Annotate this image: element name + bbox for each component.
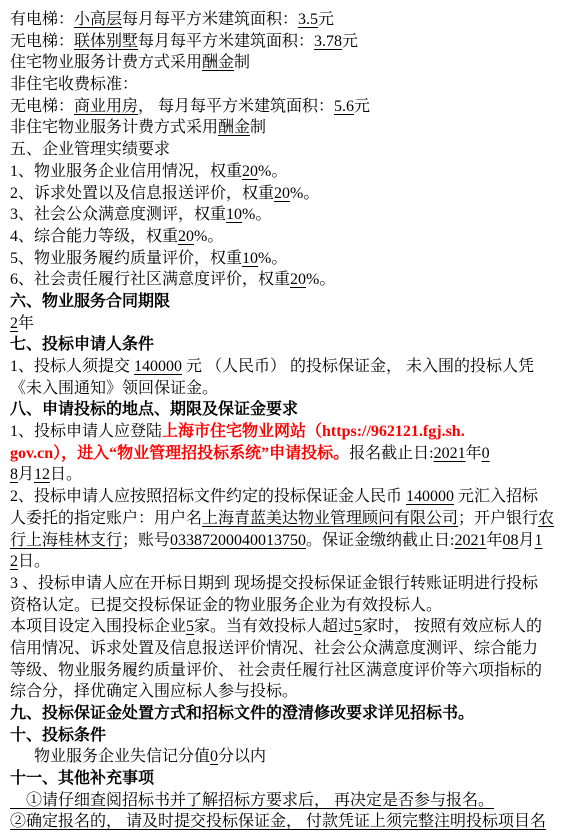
text-run: 非住宅收费标准： <box>10 76 138 93</box>
text-run: 1 <box>535 532 543 549</box>
text-run: 2 <box>10 553 18 570</box>
text-run: 家时， 按照有效应标人的 <box>362 618 542 635</box>
shortlist-count-value: 5 <box>354 618 362 635</box>
text-run: 3、社会公众满意度测评，权重 <box>10 206 226 223</box>
text-run: 0 <box>482 445 490 462</box>
section-5-heading: 五、企业管理实绩要求 <box>10 139 563 161</box>
text-run: 月 <box>18 466 34 483</box>
contract-term-line: 2年 <box>10 313 563 335</box>
text-run: ；账号 <box>122 532 170 549</box>
text-run: 报名截止日: <box>349 445 433 462</box>
account-number-value: 03387200040013750 <box>170 532 306 549</box>
text-run: ②确定报名的， 请及时提交投标保证金， 付款凭证上须完整注明投标项目名 <box>10 813 546 830</box>
weight-value: 20 <box>242 163 258 180</box>
fee-amount-value: 3.5 <box>298 11 318 28</box>
section-8-heading: 八、申请投标的地点、期限及保证金要求 <box>10 399 563 421</box>
text-run: 3 、投标申请人应在开标日期到 现场提交投标保证金银行转账证明进行投标 <box>10 575 538 592</box>
website-url-text: gov.cn），进入“物业管理招投标系统”申请投标。 <box>10 445 349 462</box>
text-run: 年 <box>486 532 502 549</box>
fee-line-residential-no-elevator: 无电梯：联体别墅每月每平方米建筑面积：3.78元 <box>10 31 563 53</box>
text-run: 信用情况、诉求处置及信息报送评价情况、社会公众满意度测评、综合能力 <box>10 640 538 657</box>
text-run: 五、企业管理实绩要求 <box>10 141 170 158</box>
text-run: 综合分，择优确定入围应标人参与投标。 <box>10 683 298 700</box>
signup-deadline-month: 8 <box>10 466 18 483</box>
contract-term-value: 2 <box>10 315 18 332</box>
payment-deadline-month: 08 <box>503 532 519 549</box>
signup-deadline-day: 12 <box>34 466 50 483</box>
text-run: 分以内 <box>218 748 266 765</box>
text-run: 1、投标人须提交 <box>10 358 134 375</box>
signup-deadline-year: 2021 <box>434 445 466 462</box>
deposit-amount-value: 140000 <box>134 358 182 375</box>
text-run: 。保证金缴纳截止日: <box>306 532 454 549</box>
text-run: %。 <box>194 228 223 245</box>
text-run: 有电梯： <box>10 11 74 28</box>
non-residential-fee-method-line: 非住宅物业服务计费方式采用酬金制 <box>10 117 563 139</box>
onsite-proof-line-1: 3 、投标申请人应在开标日期到 现场提交投标保证金银行转账证明进行投标 <box>10 573 563 595</box>
fee-method-value: 酬金 <box>218 119 250 136</box>
deposit-transfer-line-1: 2、投标申请人应按照招标文件约定的投标保证金人民币 140000 元汇入招标 <box>10 486 563 508</box>
section-6-heading: 六、物业服务合同期限 <box>10 291 563 313</box>
text-run: 每月每平方米建筑面积： <box>138 33 314 50</box>
section-11-heading: 十一、其他补充事项 <box>10 768 563 790</box>
text-run: ①请仔细查阅招标书并了解招标方要求后， 再决定是否参与报名。 <box>10 792 494 809</box>
criteria-item-6: 6、社会责任履行社区满意度评价，权重20%。 <box>10 269 563 291</box>
text-run: 家。当有效投标人超过 <box>194 618 354 635</box>
fee-line-residential-elevator: 有电梯：小高层每月每平方米建筑面积：3.5元 <box>10 9 563 31</box>
criteria-item-1: 1、物业服务企业信用情况，权重20%。 <box>10 161 563 183</box>
text-run: 元汇入招标 <box>454 488 538 505</box>
text-run: 无电梯： <box>10 33 74 50</box>
fee-amount-value: 5.6 <box>334 98 354 115</box>
text-run: 年 <box>466 445 482 462</box>
residential-fee-method-line: 住宅物业服务计费方式采用酬金制 <box>10 52 563 74</box>
text-run: ；开户银行 <box>458 510 538 527</box>
text-run: %。 <box>258 250 287 267</box>
apply-website-line-1: 1、投标申请人应登陆上海市住宅物业网站（https://962121.fgj.s… <box>10 421 563 443</box>
bid-deposit-line-2: 《未入围通知》领回保证金。 <box>10 378 563 400</box>
document-page: 有电梯：小高层每月每平方米建筑面积：3.5元无电梯：联体别墅每月每平方米建筑面积… <box>0 0 567 837</box>
text-run: 6、社会责任履行社区满意度评价，权重 <box>10 271 290 288</box>
text-run: 日。 <box>18 553 50 570</box>
shortlist-line-4: 综合分，择优确定入围应标人参与投标。 <box>10 681 563 703</box>
text-run: 非住宅物业服务计费方式采用 <box>10 119 218 136</box>
text-run: 1、投标申请人应登陆 <box>10 423 162 440</box>
section-9-heading: 九、投标保证金处置方式和招标文件的澄清修改要求详见招标书。 <box>10 703 563 725</box>
deposit-amount-value: 140000 <box>406 488 454 505</box>
fee-line-commercial: 无电梯：商业用房， 每月每平方米建筑面积：5.6元 <box>10 96 563 118</box>
text-run: 日。 <box>50 466 82 483</box>
text-run: 元 （人民币） 的投标保证金， 未入围的投标人凭 <box>182 358 534 375</box>
criteria-item-2: 2、诉求处置以及信息报送评价，权重20%。 <box>10 183 563 205</box>
housing-type-value: 小高层 <box>74 11 122 28</box>
supplement-note-1: ①请仔细查阅招标书并了解招标方要求后， 再决定是否参与报名。 <box>10 790 563 812</box>
criteria-item-4: 4、综合能力等级，权重20%。 <box>10 226 563 248</box>
housing-type-value: 联体别墅 <box>74 33 138 50</box>
text-run: 七、投标申请人条件 <box>10 336 154 353</box>
text-run: 制 <box>234 54 250 71</box>
bank-name-rest: 行上海桂林支行 <box>10 532 122 549</box>
text-run: 2、投标申请人应按照招标文件约定的投标保证金人民币 <box>10 488 406 505</box>
text-run: 住宅物业服务计费方式采用 <box>10 54 202 71</box>
text-run: 元 <box>318 11 334 28</box>
payment-deadline-year: 2021 <box>454 532 486 549</box>
shortlist-count-value: 5 <box>186 618 194 635</box>
criteria-item-3: 3、社会公众满意度测评，权重10%。 <box>10 204 563 226</box>
shortlist-line-3: 等级、物业服务履约质量评价、 社会责任履行社区满意度评价等六项指标的 <box>10 660 563 682</box>
fee-amount-value: 3.78 <box>314 33 342 50</box>
text-run: %。 <box>242 206 271 223</box>
text-run: 年 <box>18 315 34 332</box>
text-run: 八、申请投标的地点、期限及保证金要求 <box>10 401 298 418</box>
weight-value: 20 <box>178 228 194 245</box>
text-run: 4、综合能力等级，权重 <box>10 228 178 245</box>
text-run: 《未入围通知》领回保证金。 <box>10 380 218 397</box>
housing-type-value: 商业用房 <box>74 98 138 115</box>
deposit-transfer-line-2: 人委托的指定账户：用户名上海青蓝美达物业管理顾问有限公司；开户银行农 <box>10 508 563 530</box>
apply-website-line-2: gov.cn），进入“物业管理招投标系统”申请投标。报名截止日:2021年0 <box>10 443 563 465</box>
weight-value: 10 <box>242 250 258 267</box>
apply-website-line-3: 8月12日。 <box>10 464 563 486</box>
weight-value: 20 <box>274 185 290 202</box>
account-company-name: 上海青蓝美达物业管理顾问有限公司 <box>202 510 458 527</box>
text-run: %。 <box>306 271 335 288</box>
text-run: %。 <box>258 163 287 180</box>
onsite-proof-line-2: 资格认定。已提交投标保证金的物业服务企业为有效投标人。 <box>10 595 563 617</box>
text-run: 元 <box>342 33 358 50</box>
section-10-heading: 十、投标条件 <box>10 725 563 747</box>
text-run: 等级、物业服务履约质量评价、 社会责任履行社区满意度评价等六项指标的 <box>10 662 542 679</box>
website-url-text: 上海市住宅物业网站（https://962121.fgj.sh. <box>162 423 465 440</box>
text-run: 九、投标保证金处置方式和招标文件的澄清修改要求详见招标书。 <box>10 705 474 722</box>
supplement-note-2: ②确定报名的， 请及时提交投标保证金， 付款凭证上须完整注明投标项目名 <box>10 811 563 833</box>
text-run: 十、投标条件 <box>10 727 106 744</box>
text-run: 5、物业服务履约质量评价，权重 <box>10 250 242 267</box>
weight-value: 20 <box>290 271 306 288</box>
credit-score-requirement: 物业服务企业失信记分值0分以内 <box>10 746 563 768</box>
criteria-item-5: 5、物业服务履约质量评价，权重10%。 <box>10 248 563 270</box>
bank-name-start: 农 <box>538 510 554 527</box>
text-run: 人委托的指定账户：用户名 <box>10 510 202 527</box>
text-run: 本项目设定入围投标企业 <box>10 618 186 635</box>
text-run: 无电梯： <box>10 98 74 115</box>
non-residential-fee-header: 非住宅收费标准： <box>10 74 563 96</box>
weight-value: 10 <box>226 206 242 223</box>
text-run: 每月每平方米建筑面积： <box>122 11 298 28</box>
bid-deposit-line-1: 1、投标人须提交 140000 元 （人民币） 的投标保证金， 未入围的投标人凭 <box>10 356 563 378</box>
text-run: 物业服务企业失信记分值 <box>34 748 210 765</box>
text-run: %。 <box>290 185 319 202</box>
text-run: 1、物业服务企业信用情况，权重 <box>10 163 242 180</box>
section-7-heading: 七、投标申请人条件 <box>10 334 563 356</box>
text-run: 十一、其他补充事项 <box>10 770 154 787</box>
deposit-transfer-line-3: 行上海桂林支行；账号03387200040013750。保证金缴纳截止日:202… <box>10 530 563 552</box>
shortlist-line-1: 本项目设定入围投标企业5家。当有效投标人超过5家时， 按照有效应标人的 <box>10 616 563 638</box>
text-run: 2、诉求处置以及信息报送评价，权重 <box>10 185 274 202</box>
text-run: 六、物业服务合同期限 <box>10 293 170 310</box>
fee-method-value: 酬金 <box>202 54 234 71</box>
credit-score-value: 0 <box>210 748 218 765</box>
text-run: 元 <box>354 98 370 115</box>
shortlist-line-2: 信用情况、诉求处置及信息报送评价情况、社会公众满意度测评、综合能力 <box>10 638 563 660</box>
deposit-transfer-line-4: 2日。 <box>10 551 563 573</box>
text-run: 制 <box>250 119 266 136</box>
text-run: ， 每月每平方米建筑面积： <box>138 98 334 115</box>
text-run: 资格认定。已提交投标保证金的物业服务企业为有效投标人。 <box>10 597 442 614</box>
text-run: 月 <box>519 532 535 549</box>
